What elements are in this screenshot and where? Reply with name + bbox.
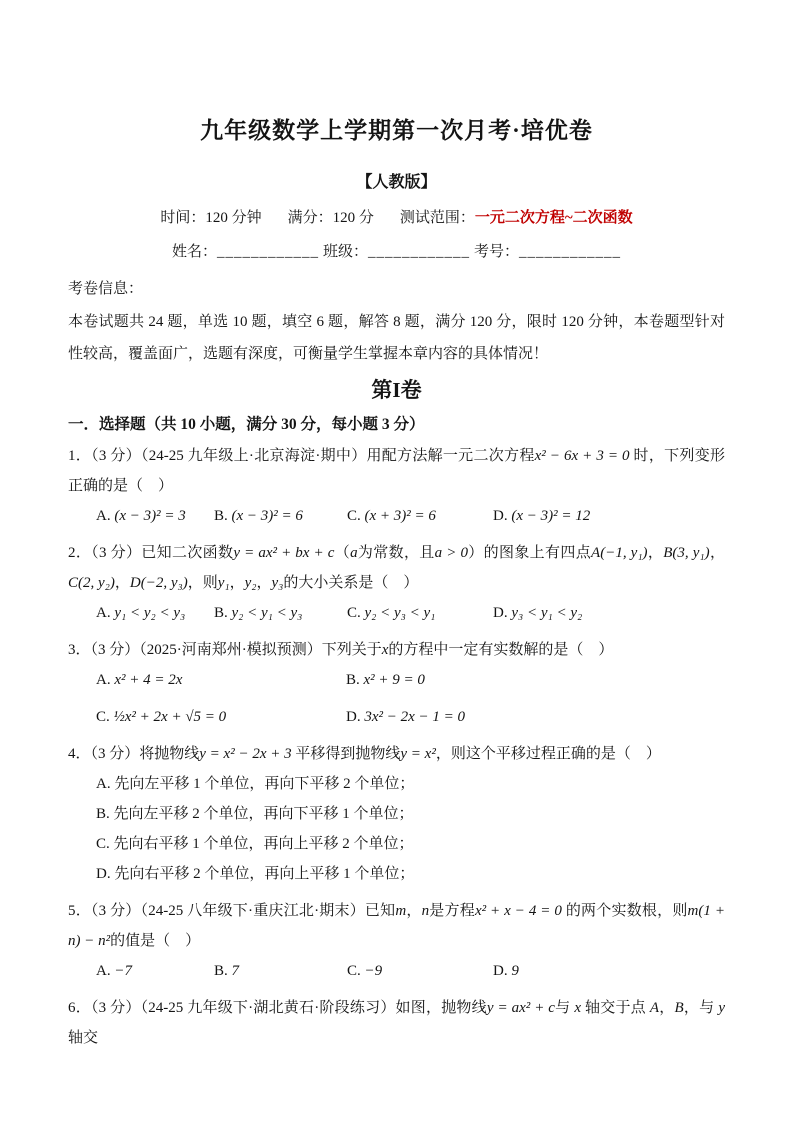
class-field: 班级：____________ xyxy=(323,244,470,260)
exam-score: 满分：120 分 xyxy=(288,206,374,227)
name-blank: ____________ xyxy=(217,244,319,260)
question-5-option-a: A. −7 xyxy=(96,956,214,986)
question-4-text: 4．（3 分）将抛物线y = x² − 2x + 3 平移得到抛物线y = x²… xyxy=(68,739,725,769)
question-6-text: 6．（3 分）（24-25 九年级下·湖北黄石·阶段练习）如图，抛物线y = a… xyxy=(68,993,725,1053)
question-2-options: A. y₁ < y₂ < y₃ B. y₂ < y₁ < y₃ C. y₂ < … xyxy=(96,598,725,628)
question-1-text: 1．（3 分）（24-25 九年级上·北京海淀·期中）用配方法解一元二次方程x²… xyxy=(68,441,725,501)
exam-meta: 时间：120 分钟 满分：120 分 测试范围：一元二次方程~二次函数 xyxy=(68,206,725,227)
question-5-option-d: D. 9 xyxy=(493,956,725,986)
class-blank: ____________ xyxy=(368,244,470,260)
page-title: 九年级数学上学期第一次月考·培优卷 xyxy=(68,112,725,145)
question-5-options: A. −7 B. 7 C. −9 D. 9 xyxy=(96,956,725,986)
question-2-option-c: C. y₂ < y₃ < y₁ xyxy=(347,598,493,628)
question-5: 5．（3 分）（24-25 八年级下·重庆江北·期末）已知m，n是方程x² + … xyxy=(68,896,725,986)
question-4-option-d: D. 先向右平移 2 个单位，再向上平移 1 个单位； xyxy=(96,859,725,889)
exam-page: 九年级数学上学期第一次月考·培优卷 【人教版】 时间：120 分钟 满分：120… xyxy=(0,0,793,1053)
question-2-option-b: B. y₂ < y₁ < y₃ xyxy=(214,598,347,628)
exam-number-blank: ____________ xyxy=(519,244,621,260)
question-2-option-a: A. y₁ < y₂ < y₃ xyxy=(96,598,214,628)
exam-number-field: 考号：____________ xyxy=(474,244,621,260)
question-1-option-d: D. (x − 3)² = 12 xyxy=(493,501,725,531)
name-field: 姓名：____________ xyxy=(172,244,319,260)
question-1-option-c: C. (x + 3)² = 6 xyxy=(347,501,493,531)
exam-scope-label: 测试范围： xyxy=(400,210,475,226)
question-1: 1．（3 分）（24-25 九年级上·北京海淀·期中）用配方法解一元二次方程x²… xyxy=(68,441,725,531)
question-4-options: A. 先向左平移 1 个单位，再向下平移 2 个单位； B. 先向左平移 2 个… xyxy=(96,769,725,889)
question-3-option-d: D. 3x² − 2x − 1 = 0 xyxy=(346,702,725,732)
exam-time: 时间：120 分钟 xyxy=(160,206,261,227)
question-3-option-b: B. x² + 9 = 0 xyxy=(346,665,725,695)
question-3-option-c: C. ½x² + 2x + √5 = 0 xyxy=(96,702,346,732)
exam-number-label: 考号： xyxy=(474,244,519,260)
class-label: 班级： xyxy=(323,244,368,260)
edition-label: 【人教版】 xyxy=(68,169,725,192)
name-label: 姓名： xyxy=(172,244,217,260)
question-4-option-b: B. 先向左平移 2 个单位，再向下平移 1 个单位； xyxy=(96,799,725,829)
question-5-option-b: B. 7 xyxy=(214,956,347,986)
exam-info-body: 本卷试题共 24 题，单选 10 题，填空 6 题，解答 8 题，满分 120 … xyxy=(68,306,725,370)
exam-scope: 测试范围：一元二次方程~二次函数 xyxy=(400,206,633,227)
question-5-text: 5．（3 分）（24-25 八年级下·重庆江北·期末）已知m，n是方程x² + … xyxy=(68,896,725,956)
question-2-option-d: D. y₃ < y₁ < y₂ xyxy=(493,598,725,628)
part-title: 第I卷 xyxy=(68,374,725,404)
section-title: 一．选择题（共 10 小题，满分 30 分，每小题 3 分） xyxy=(68,412,725,434)
question-3: 3．（3 分）（2025·河南郑州·模拟预测）下列关于x的方程中一定有实数解的是… xyxy=(68,635,725,732)
question-2-text: 2．（3 分）已知二次函数y = ax² + bx + c（a为常数，且a > … xyxy=(68,538,725,598)
question-4-option-a: A. 先向左平移 1 个单位，再向下平移 2 个单位； xyxy=(96,769,725,799)
question-3-text: 3．（3 分）（2025·河南郑州·模拟预测）下列关于x的方程中一定有实数解的是… xyxy=(68,635,725,665)
question-1-option-b: B. (x − 3)² = 6 xyxy=(214,501,347,531)
question-3-option-a: A. x² + 4 = 2x xyxy=(96,665,346,695)
student-info-line: 姓名：____________班级：____________考号：_______… xyxy=(68,240,725,261)
question-4-option-c: C. 先向右平移 1 个单位，再向上平移 2 个单位； xyxy=(96,829,725,859)
question-3-options: A. x² + 4 = 2x B. x² + 9 = 0 C. ½x² + 2x… xyxy=(96,665,725,732)
question-1-option-a: A. (x − 3)² = 3 xyxy=(96,501,214,531)
exam-info-label: 考卷信息： xyxy=(68,274,725,304)
question-2: 2．（3 分）已知二次函数y = ax² + bx + c（a为常数，且a > … xyxy=(68,538,725,628)
question-1-options: A. (x − 3)² = 3 B. (x − 3)² = 6 C. (x + … xyxy=(96,501,725,531)
exam-scope-value: 一元二次方程~二次函数 xyxy=(475,210,633,226)
question-4: 4．（3 分）将抛物线y = x² − 2x + 3 平移得到抛物线y = x²… xyxy=(68,739,725,889)
question-5-option-c: C. −9 xyxy=(347,956,493,986)
question-6: 6．（3 分）（24-25 九年级下·湖北黄石·阶段练习）如图，抛物线y = a… xyxy=(68,993,725,1053)
